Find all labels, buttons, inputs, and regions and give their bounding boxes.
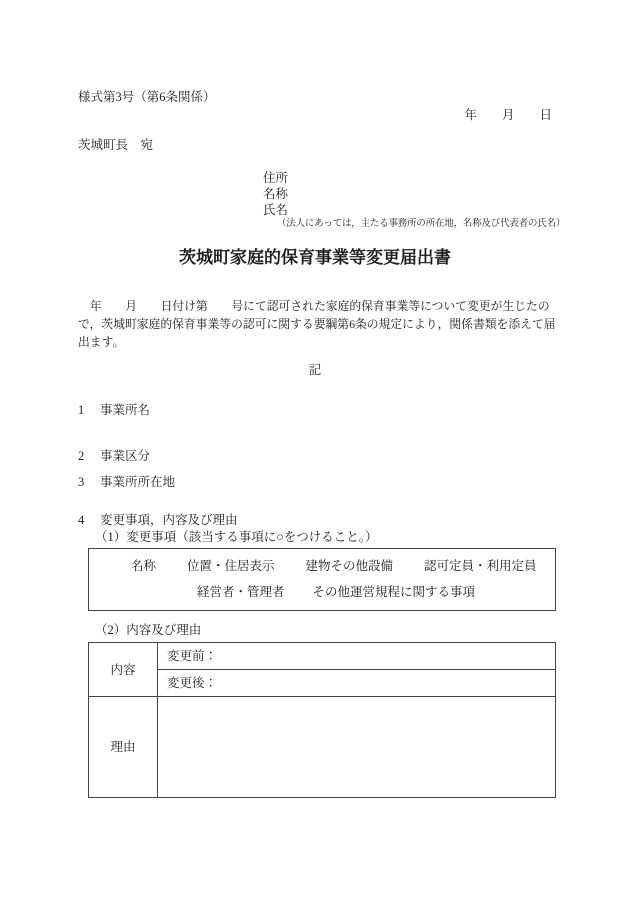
- paragraph-line-3: 出ます。: [78, 333, 552, 351]
- applicant-address-label: 住所: [263, 170, 552, 186]
- paragraph-line-2: で，茨城町家庭的保育事業等の認可に関する要綱第6条の規定により，関係書類を添えて…: [78, 315, 552, 333]
- applicant-note: （法人にあっては，主たる事務所の所在地，名称及び代表者の氏名）: [277, 218, 552, 231]
- after-change-cell: 変更後：: [158, 670, 556, 697]
- form-page: 様式第3号（第6条関係） 年 月 日 茨城町長 宛 住所 名称 氏名 （法人にあ…: [0, 0, 630, 903]
- form-number: 様式第3号（第6条関係）: [78, 90, 552, 104]
- content-reason-table: 内容 変更前： 変更後： 理由: [88, 642, 556, 798]
- before-change-cell: 変更前：: [158, 643, 556, 670]
- item-number: 2: [78, 449, 100, 463]
- item-label: 事業所名: [100, 403, 150, 417]
- item-number: 3: [78, 475, 100, 489]
- addressee: 茨城町長 宛: [78, 138, 552, 152]
- paragraph-line-1: 年 月 日付け第 号にて認可された家庭的保育事業等について変更が生じたの: [78, 297, 552, 315]
- change-items-box: 名称 位置・住居表示 建物その他設備 認可定員・利用定員 経営者・管理者 その他…: [88, 548, 556, 611]
- ki-heading: 記: [78, 363, 552, 377]
- list-item-business-category: 2事業区分: [78, 449, 552, 463]
- item-number: 4: [78, 513, 100, 527]
- reason-label-cell: 理由: [89, 697, 158, 798]
- applicant-name-label: 名称: [263, 186, 552, 202]
- section2-heading: （2）内容及び理由: [95, 623, 552, 637]
- reason-value-cell: [158, 697, 556, 798]
- body-paragraph: 年 月 日付け第 号にて認可された家庭的保育事業等について変更が生じたの で，茨…: [78, 297, 552, 351]
- content-label-cell: 内容: [89, 643, 158, 697]
- change-option-manager: 経営者・管理者: [197, 585, 285, 599]
- change-items-row-1: 名称 位置・住居表示 建物その他設備 認可定員・利用定員: [89, 559, 555, 573]
- applicant-block: 住所 名称 氏名 （法人にあっては，主たる事務所の所在地，名称及び代表者の氏名）: [263, 170, 552, 231]
- change-option-capacity: 認可定員・利用定員: [424, 559, 537, 573]
- change-option-location: 位置・住居表示: [187, 559, 275, 573]
- item-number: 1: [78, 403, 100, 417]
- item-label: 変更事項，内容及び理由: [100, 513, 238, 527]
- list-item-business-location: 3事業所所在地: [78, 475, 552, 489]
- change-items-row-2: 経営者・管理者 その他運営規程に関する事項: [89, 585, 555, 599]
- change-option-building: 建物その他設備: [306, 559, 394, 573]
- change-option-name: 名称: [131, 559, 156, 573]
- item-label: 事業所所在地: [100, 475, 175, 489]
- applicant-person-label: 氏名: [263, 202, 552, 218]
- item-label: 事業区分: [100, 449, 150, 463]
- form-content: 様式第3号（第6条関係） 年 月 日 茨城町長 宛 住所 名称 氏名 （法人にあ…: [0, 0, 630, 798]
- section1-heading: （1）変更事項（該当する事項に○をつけること。）: [95, 530, 552, 544]
- form-title: 茨城町家庭的保育事業等変更届出書: [78, 246, 552, 270]
- list-item-change-details: 4変更事項，内容及び理由: [78, 513, 552, 527]
- date-line: 年 月 日: [78, 108, 552, 122]
- list-item-business-name: 1事業所名: [78, 403, 552, 417]
- change-option-other: その他運営規程に関する事項: [313, 585, 476, 599]
